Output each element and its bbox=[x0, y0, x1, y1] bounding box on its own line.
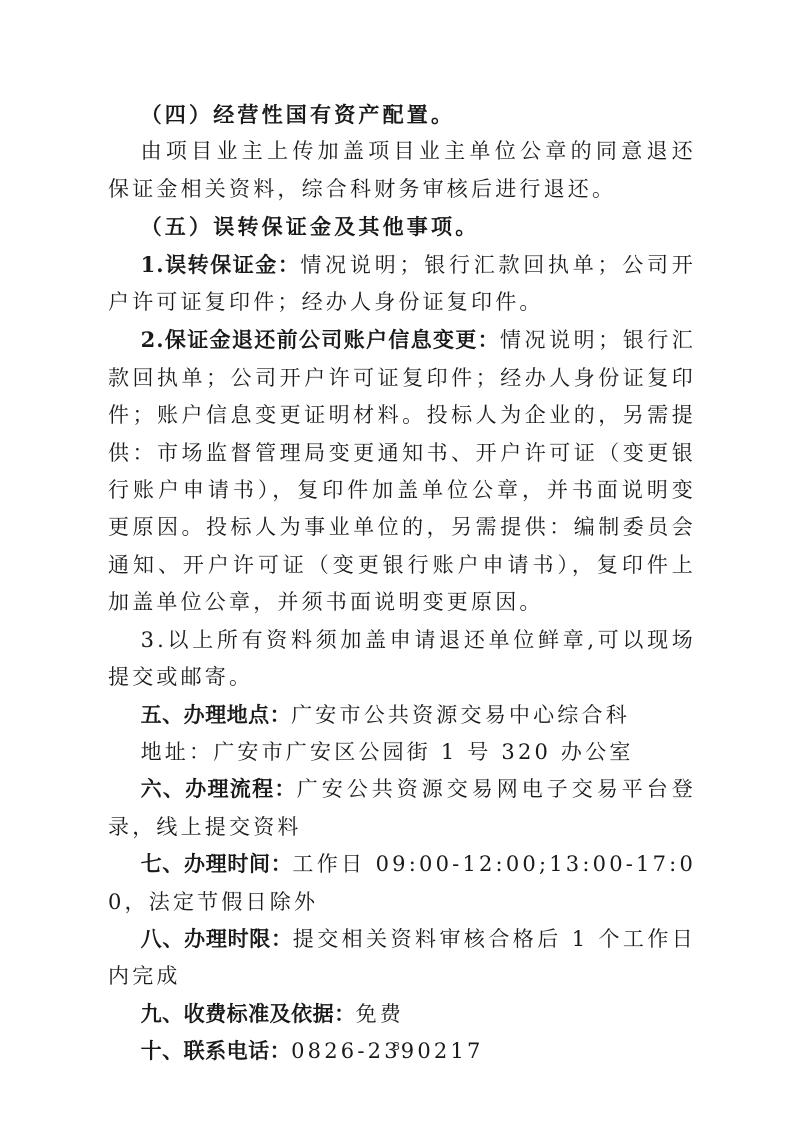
paragraph-location: 五、办理地点：广安市公共资源交易中心综合科 bbox=[108, 697, 696, 734]
heading-section-5: （五）误转保证金及其他事项。 bbox=[108, 208, 696, 245]
paragraph-time-limit: 八、办理时限：提交相关资料审核合格后 1 个工作日内完成 bbox=[108, 921, 696, 996]
hours-label: 七、办理时间： bbox=[141, 852, 293, 876]
fees-text: 免费 bbox=[356, 1002, 404, 1026]
heading-section-4: （四）经营性国有资产配置。 bbox=[108, 96, 696, 133]
location-label: 五、办理地点： bbox=[141, 703, 292, 727]
paragraph-item-1: 1.误转保证金：情况说明；银行汇款回执单；公司开户许可证复印件；经办人身份证复印… bbox=[108, 246, 696, 322]
paragraph-item-3: 3.以上所有资料须加盖申请退还单位鲜章,可以现场提交或邮寄。 bbox=[108, 622, 696, 697]
paragraph-process: 六、办理流程：广安公共资源交易网电子交易平台登录，线上提交资料 bbox=[108, 771, 696, 846]
item-1-label: 1.误转保证金： bbox=[141, 252, 301, 277]
paragraph-section-4-body: 由项目业主上传加盖项目业主单位公章的同意退还保证金相关资料，综合科财务审核后进行… bbox=[108, 133, 696, 208]
item-2-label: 2.保证金退还前公司账户信息变更： bbox=[141, 327, 500, 352]
paragraph-hours: 七、办理时间：工作日 09:00-12:00;13:00-17:00，法定节假日… bbox=[108, 846, 696, 921]
paragraph-fees: 九、收费标准及依据：免费 bbox=[108, 996, 696, 1033]
process-label: 六、办理流程： bbox=[141, 777, 297, 801]
time-limit-label: 八、办理时限： bbox=[141, 927, 293, 951]
paragraph-address: 地址：广安市广安区公园街 1 号 320 办公室 bbox=[108, 734, 696, 771]
page-number: 3 bbox=[0, 1040, 793, 1053]
paragraph-item-2: 2.保证金退还前公司账户信息变更：情况说明；银行汇款回执单；公司开户许可证复印件… bbox=[108, 321, 696, 621]
location-text: 广安市公共资源交易中心综合科 bbox=[291, 703, 630, 727]
item-2-text: 情况说明；银行汇款回执单；公司开户许可证复印件；经办人身份证复印件；账户信息变更… bbox=[108, 328, 696, 614]
document-page: （四）经营性国有资产配置。 由项目业主上传加盖项目业主单位公章的同意退还保证金相… bbox=[108, 96, 696, 1071]
fees-label: 九、收费标准及依据： bbox=[141, 1002, 356, 1026]
